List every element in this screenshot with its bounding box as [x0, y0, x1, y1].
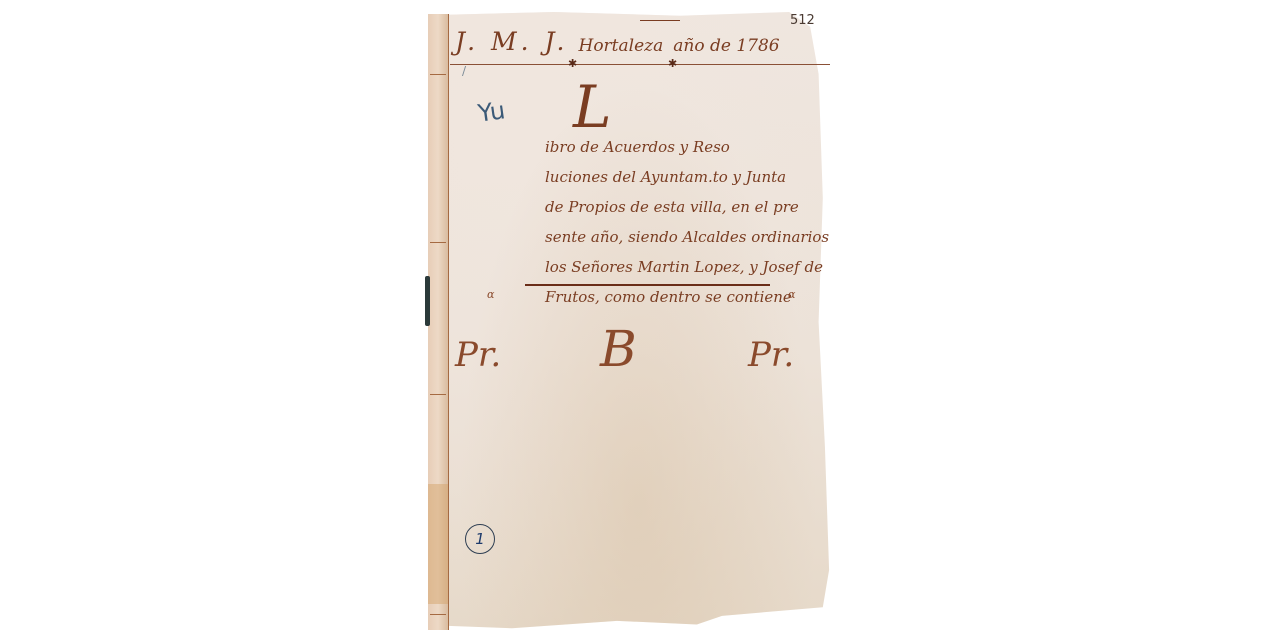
- title-line: los Señores Martin Lopez, y Josef de: [545, 252, 805, 282]
- binding-clip: [425, 276, 430, 326]
- circled-number-text: 1: [475, 530, 485, 548]
- header-year: año de 1786: [673, 36, 779, 56]
- signature-mark-small: ɑ: [788, 288, 795, 301]
- signature-right: Pr.: [748, 335, 794, 375]
- title-initial: L: [573, 82, 805, 132]
- title-line: de Propios de esta villa, en el pre: [545, 192, 805, 222]
- signature-center-flourish: B: [600, 320, 633, 378]
- binding-stitch: [430, 614, 446, 615]
- document-header: J. M. J. Hortaleza año de 1786: [455, 28, 825, 56]
- circled-page-number: 1: [465, 524, 495, 554]
- blue-pencil-mark: Yu: [476, 96, 507, 128]
- binding-stitch: [430, 394, 446, 395]
- title-block: L ibro de Acuerdos y Reso luciones del A…: [545, 82, 805, 312]
- title-line: sente año, siendo Alcaldes ordinarios: [545, 222, 805, 252]
- title-line: ibro de Acuerdos y Reso: [545, 132, 805, 162]
- folio-number: 512: [790, 13, 815, 28]
- binding-stitch: [430, 74, 446, 75]
- binding-spine: [428, 14, 449, 630]
- tick-mark: /: [462, 64, 466, 78]
- signature-left: Pr.: [455, 335, 501, 375]
- title-line: luciones del Ayuntam.to y Junta: [545, 162, 805, 192]
- signature-mark-small: ɑ: [487, 288, 494, 301]
- top-flourish: [640, 20, 680, 21]
- title-line: Frutos, como dentro se contiene: [545, 282, 805, 312]
- header-place: Hortaleza: [579, 36, 664, 56]
- water-stain: [428, 484, 448, 604]
- header-rule: ✱ ✱: [450, 64, 830, 65]
- binding-stitch: [430, 242, 446, 243]
- rule-knot-icon: ✱: [668, 57, 677, 70]
- header-initials: J. M. J.: [455, 27, 569, 56]
- rule-knot-icon: ✱: [568, 57, 577, 70]
- divider-rule: [525, 284, 770, 286]
